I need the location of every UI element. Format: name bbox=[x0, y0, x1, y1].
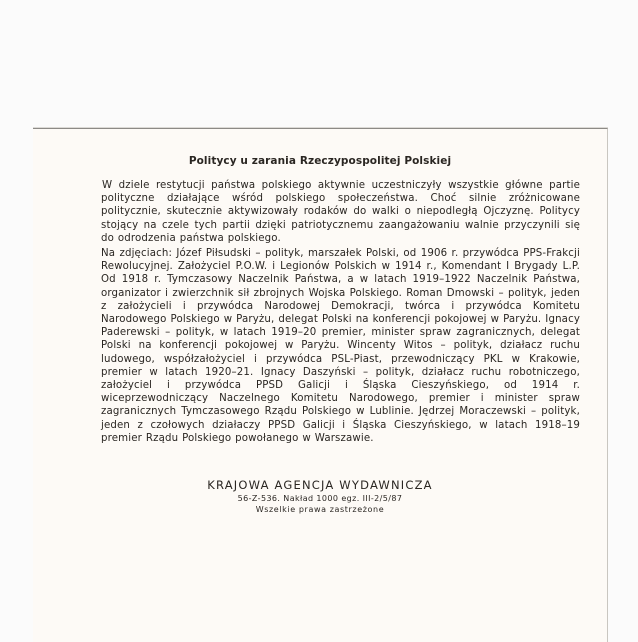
photo-description-paragraph: Na zdjęciach: Józef Piłsudski – polityk,… bbox=[101, 247, 580, 445]
rights-notice: Wszelkie prawa zastrzeżone bbox=[33, 504, 607, 515]
print-info: 56-Z-536. Nakład 1000 egz. III-2/5/87 bbox=[33, 493, 607, 504]
intro-paragraph: W dziele restytucji państwa polskiego ak… bbox=[101, 179, 580, 245]
publisher-name: KRAJOWA AGENCJA WYDAWNICZA bbox=[33, 478, 607, 492]
postcard-title: Politycy u zarania Rzeczypospolitej Pols… bbox=[33, 155, 607, 167]
publisher-imprint: KRAJOWA AGENCJA WYDAWNICZA 56-Z-536. Nak… bbox=[33, 478, 607, 515]
postcard-back: Politycy u zarania Rzeczypospolitej Pols… bbox=[33, 128, 608, 642]
